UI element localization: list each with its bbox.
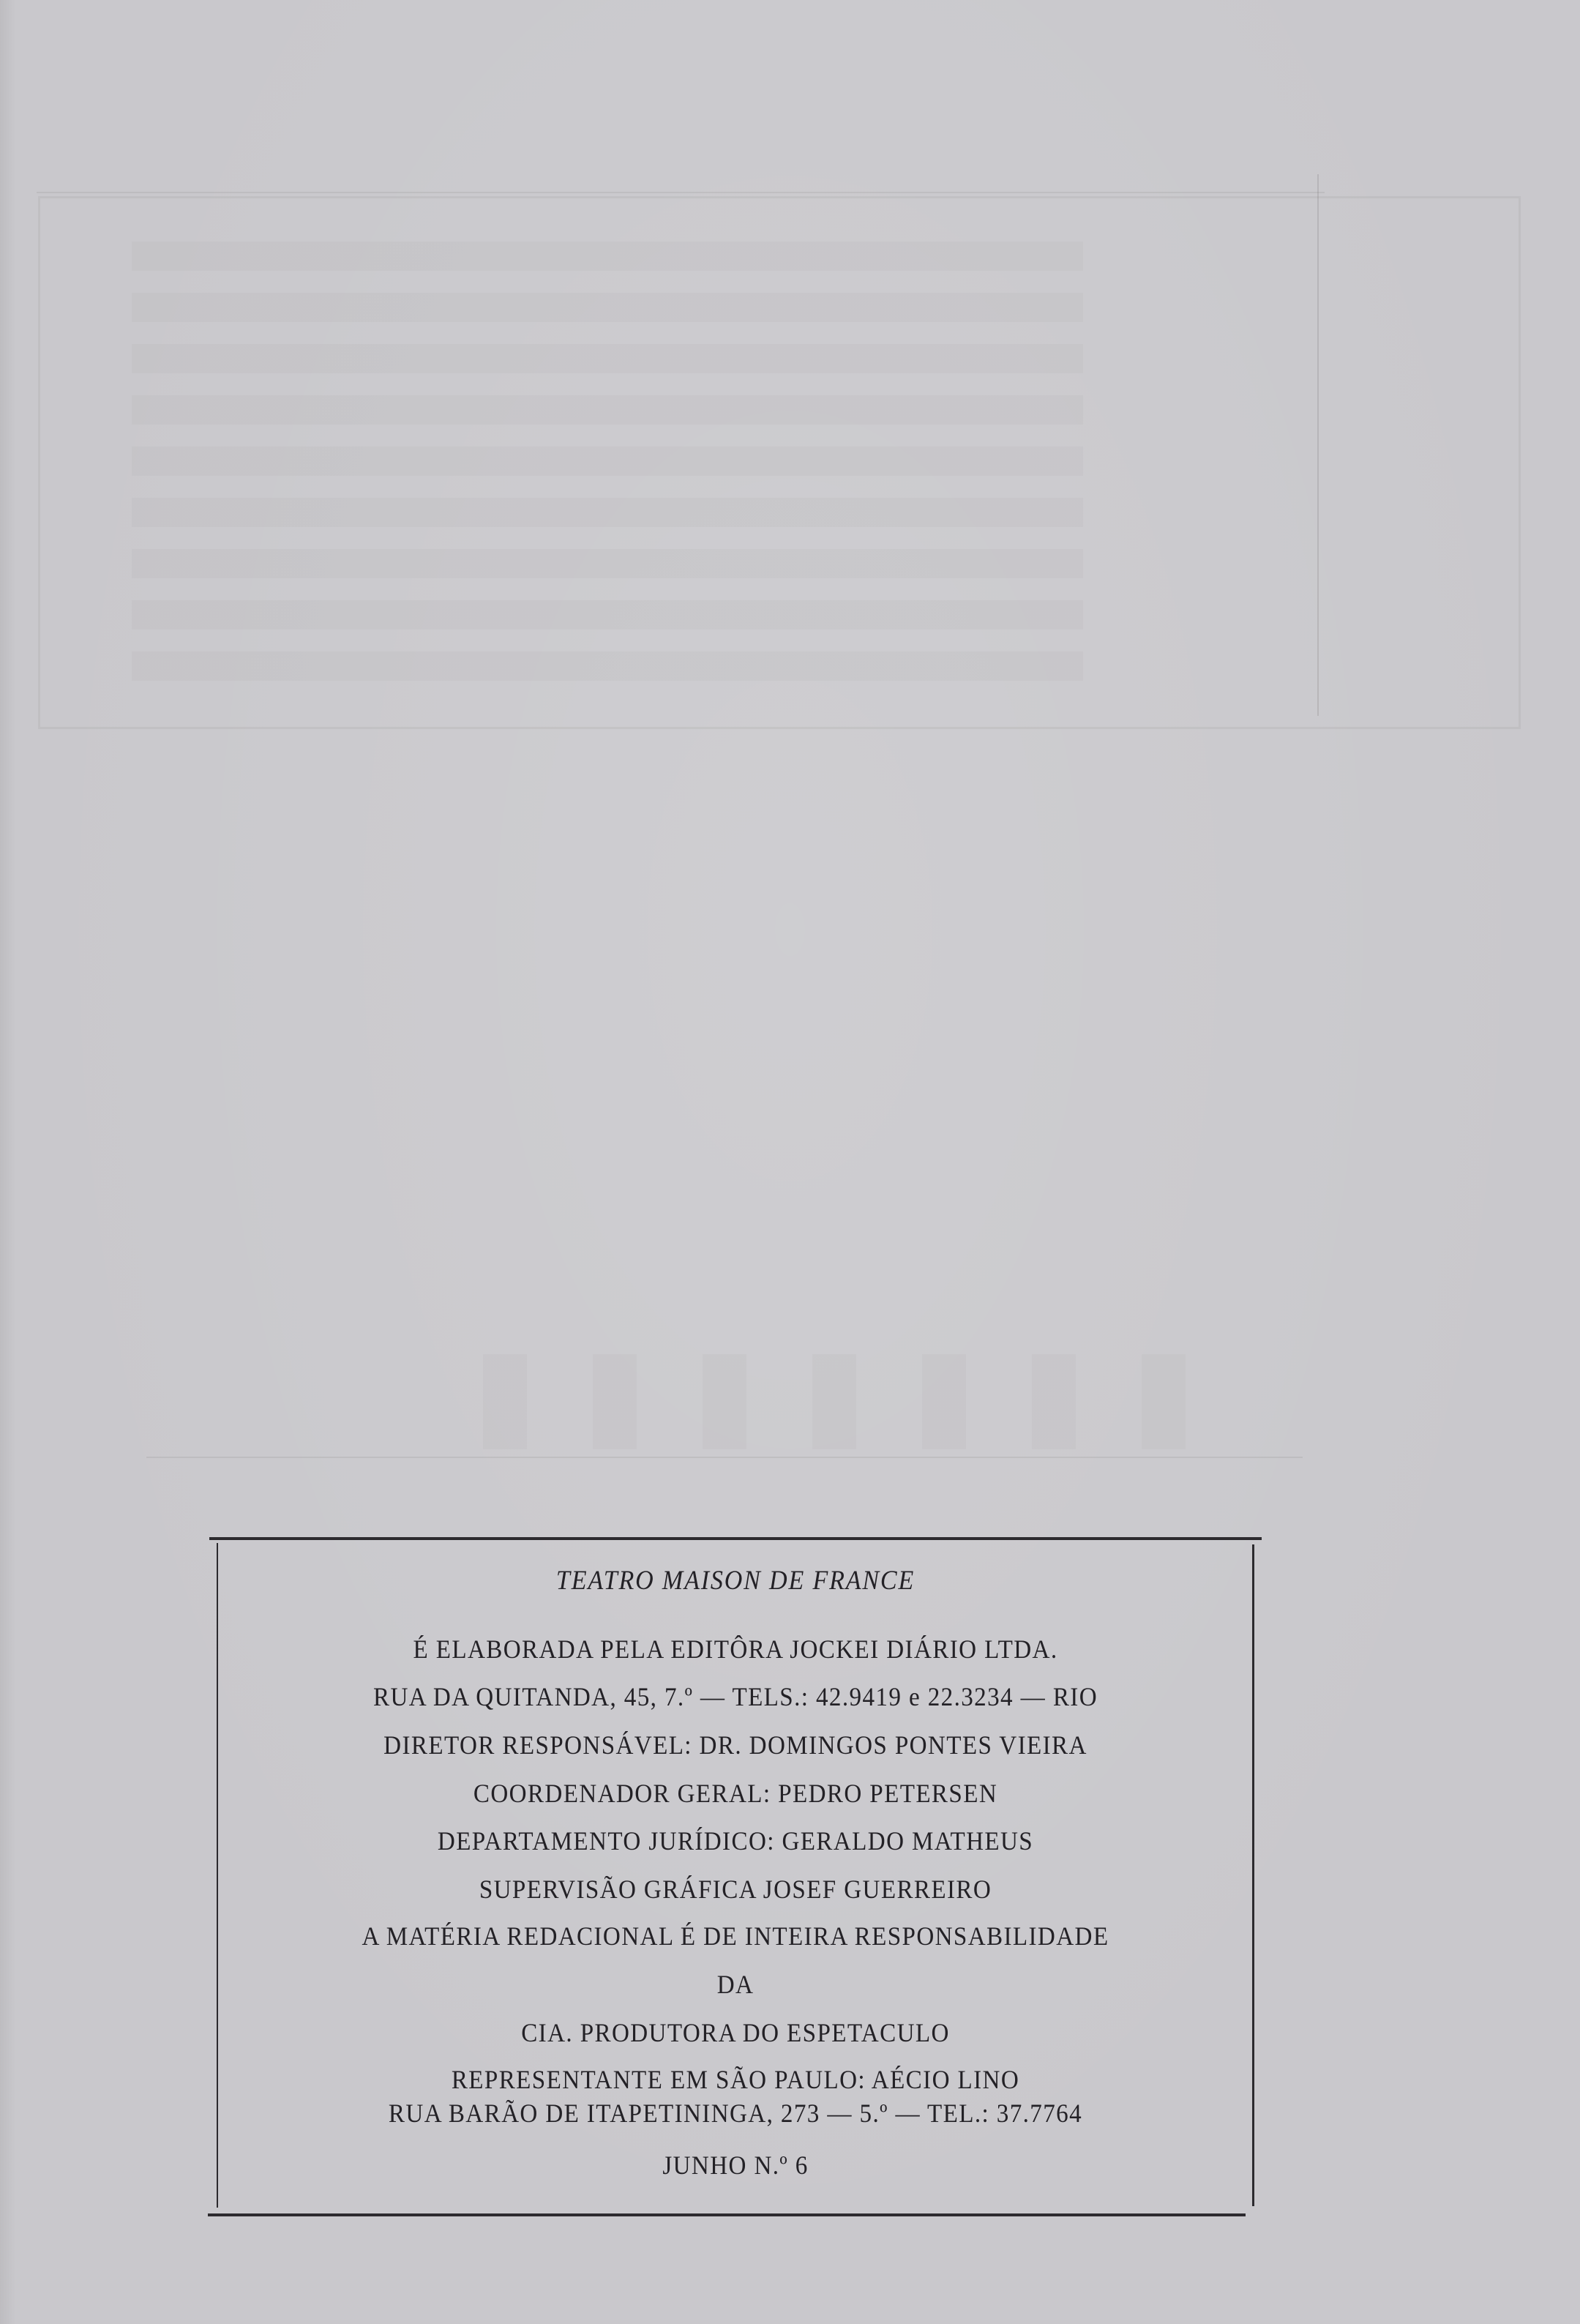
imprint-responsibility: A MATÉRIA REDACIONAL É DE INTEIRA RESPON… <box>258 1921 1213 1951</box>
imprint-graphic-supervision: SUPERVISÃO GRÁFICA JOSEF GUERREIRO <box>258 1874 1213 1905</box>
imprint-issue: JUNHO N.º 6 <box>258 2150 1213 2181</box>
imprint-responsibility-da: DA <box>258 1969 1213 2000</box>
imprint-director: DIRETOR RESPONSÁVEL: DR. DOMINGOS PONTES… <box>258 1730 1213 1760</box>
imprint-production-company: CIA. PRODUTORA DO ESPETACULO <box>258 2017 1213 2048</box>
show-through-rule <box>37 192 1325 193</box>
show-through-lettering <box>483 1354 1229 1449</box>
imprint-bottom-rule <box>208 2213 1246 2216</box>
imprint-publisher: É ELABORADA PELA EDITÔRA JOCKEI DIÁRIO L… <box>258 1634 1213 1664</box>
imprint-left-border <box>217 1543 218 2208</box>
imprint-coordinator: COORDENADOR GERAL: PEDRO PETERSEN <box>258 1778 1213 1809</box>
imprint-address-rio: RUA DA QUITANDA, 45, 7.º — TELS.: 42.941… <box>258 1681 1213 1712</box>
show-through-frame <box>38 196 1521 729</box>
imprint-address-sao-paulo: RUA BARÃO DE ITAPETININGA, 273 — 5.º — T… <box>258 2098 1213 2129</box>
show-through-text <box>132 242 1083 681</box>
imprint-right-border <box>1252 1544 1254 2206</box>
imprint-title: TEATRO MAISON DE FRANCE <box>258 1565 1213 1596</box>
imprint-box: TEATRO MAISON DE FRANCE É ELABORADA PELA… <box>217 1537 1254 2200</box>
imprint-sao-paulo-representative: REPRESENTANTE EM SÃO PAULO: AÉCIO LINO <box>258 2064 1213 2095</box>
imprint-top-rule <box>209 1537 1262 1540</box>
show-through-rule-middle <box>146 1457 1303 1458</box>
show-through-column-rule <box>1317 174 1319 716</box>
imprint-legal-department: DEPARTAMENTO JURÍDICO: GERALDO MATHEUS <box>258 1826 1213 1856</box>
